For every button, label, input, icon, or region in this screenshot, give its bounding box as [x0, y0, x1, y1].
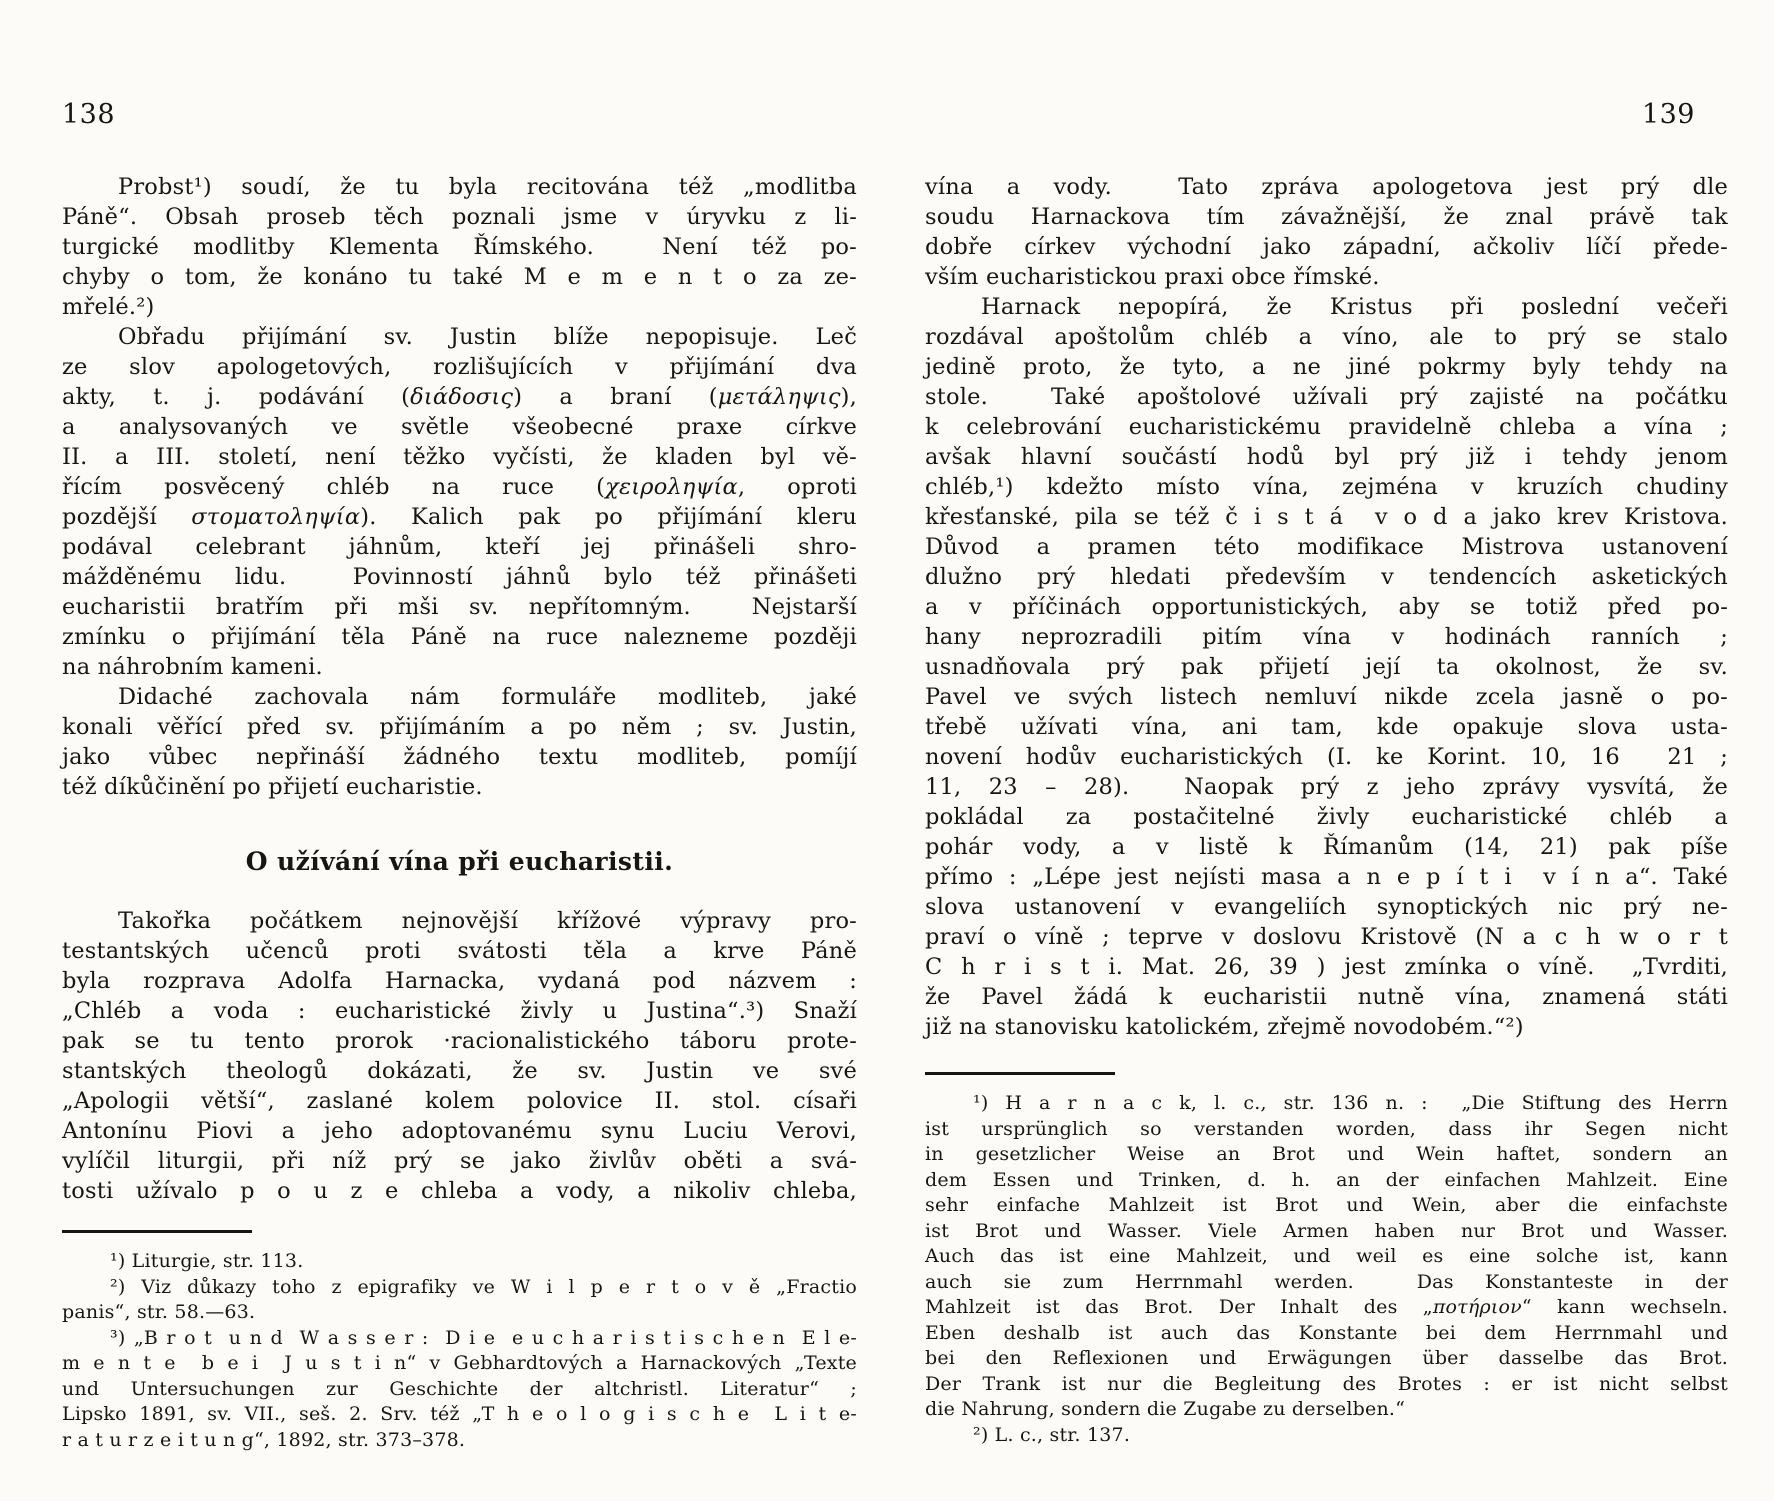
text-line: die Nahrung, sondern die Zugabe zu derse…	[925, 1397, 1728, 1423]
text-line: eucharistii bratřím při mši sv. nepřítom…	[62, 592, 857, 622]
text-line: praví o víně ; teprve v doslovu Kristově…	[925, 922, 1728, 952]
text-line: panis“, str. 58.—63.	[62, 1300, 857, 1326]
text-line: jedině proto, že tyto, a ne jiné pokrmy …	[925, 352, 1728, 382]
greek-term: μετάληψις	[718, 384, 841, 410]
text-line: turgické modlitby Klementa Římského. Nen…	[62, 232, 857, 262]
footnote-divider	[925, 1072, 1115, 1075]
page-number: 139	[925, 100, 1728, 130]
text-line: ¹) H a r n a c k, l. c., str. 136 n. : „…	[925, 1091, 1728, 1117]
page-139: 139 vína a vody. Tato zpráva apologetova…	[925, 100, 1728, 1448]
text-line: konali věřící před sv. přijímáním a po n…	[62, 712, 857, 742]
text-line: 11, 23 – 28). Naopak prý z jeho zprávy v…	[925, 772, 1728, 802]
text-line: Probst¹) soudí, že tu byla recitována té…	[62, 172, 857, 202]
text-line: Antonínu Piovi a jeho adoptovanému synu …	[62, 1116, 857, 1146]
text-line: že Pavel žádá k eucharistii nutně vína, …	[925, 982, 1728, 1012]
text-line: pak se tu tento prorok ·racionalistickéh…	[62, 1026, 857, 1056]
text-line: bei den Reflexionen und Erwägungen über …	[925, 1346, 1728, 1372]
text-line: vylíčil liturgii, při níž prý se jako ži…	[62, 1146, 857, 1176]
text-line: pokládal za postačitelné živly eucharist…	[925, 802, 1728, 832]
text-line: byla rozprava Adolfa Harnacka, vydaná po…	[62, 966, 857, 996]
text-line: testantských učenců proti svátosti těla …	[62, 936, 857, 966]
text-line: Auch das ist eine Mahlzeit, und weil es …	[925, 1244, 1728, 1270]
text-line: též díkůčinění po přijetí eucharistie.	[62, 772, 857, 802]
text-line: vína a vody. Tato zpráva apologetova jes…	[925, 172, 1728, 202]
text-line: Takořka počátkem nejnovější křížové výpr…	[62, 906, 857, 936]
text-line: na náhrobním kameni.	[62, 652, 857, 682]
greek-term: στοματοληψία	[191, 504, 360, 530]
text-line: slova ustanovení v evangeliích synoptick…	[925, 892, 1728, 922]
text-line: und Untersuchungen zur Geschichte der al…	[62, 1377, 857, 1403]
greek-term: χειροληψία	[605, 474, 738, 500]
text-line: podával celebrant jáhnům, kteří jej přin…	[62, 532, 857, 562]
paragraph: Obřadu přijímání sv. Justin blíže nepopi…	[62, 322, 857, 682]
text-line: Harnack nepopírá, že Kristus při posledn…	[925, 292, 1728, 322]
text-line: pozdější στοματοληψία). Kalich pak po př…	[62, 502, 857, 532]
text-line: dobře církev východní jako západní, ačko…	[925, 232, 1728, 262]
text-line: ist Brot und Wasser. Viele Armen haben n…	[925, 1219, 1728, 1245]
text-line: ²) L. c., str. 137.	[925, 1423, 1728, 1449]
text-line: Didaché zachovala nám formuláře modliteb…	[62, 682, 857, 712]
text-line: křesťanské, pila se též č i s t á v o d …	[925, 502, 1728, 532]
text-line: mřelé.²)	[62, 292, 857, 322]
text-line: auch sie zum Herrnmahl werden. Das Konst…	[925, 1270, 1728, 1296]
text-line: vším eucharistickou praxi obce římské.	[925, 262, 1728, 292]
text-line: Eben deshalb ist auch das Konstante bei …	[925, 1321, 1728, 1347]
text-line: ³) „B r o t u n d W a s s e r : D i e e …	[62, 1326, 857, 1352]
text-line: avšak hlavní součástí hodů byl prý již i…	[925, 442, 1728, 472]
text-line: Der Trank ist nur die Begleitung des Bro…	[925, 1372, 1728, 1398]
paragraph: Didaché zachovala nám formuláře modliteb…	[62, 682, 857, 802]
text-line: „Apologii větší“, zaslané kolem polovice…	[62, 1086, 857, 1116]
text-line: k celebrování eucharistickému pravidelně…	[925, 412, 1728, 442]
page-138-body: Probst¹) soudí, že tu byla recitována té…	[62, 172, 857, 1453]
text-line: II. a III. století, není těžko vyčísti, …	[62, 442, 857, 472]
text-line: řícím posvěcený chléb na ruce (χειροληψί…	[62, 472, 857, 502]
text-line: ¹) Liturgie, str. 113.	[62, 1249, 857, 1275]
text-line: již na stanovisku katolickém, zřejmě nov…	[925, 1012, 1728, 1042]
greek-term: διάδοσις	[410, 384, 513, 410]
text-line: akty, t. j. podávání (διάδοσις) a braní …	[62, 382, 857, 412]
footnotes-block: ¹) H a r n a c k, l. c., str. 136 n. : „…	[925, 1091, 1728, 1448]
text-line: Důvod a pramen této modifikace Mistrova …	[925, 532, 1728, 562]
text-line: stantských theologů dokázati, že sv. Jus…	[62, 1056, 857, 1086]
text-line: in gesetzlicher Weise an Brot und Wein h…	[925, 1142, 1728, 1168]
text-line: „Chléb a voda : eucharistické živly u Ju…	[62, 996, 857, 1026]
text-line: přímo : „Lépe jest nejísti masa a n e p …	[925, 862, 1728, 892]
greek-term: ποτήριον	[1433, 1296, 1522, 1318]
text-line: Mahlzeit ist das Brot. Der Inhalt des „π…	[925, 1295, 1728, 1321]
text-line: hany neprozradili pitím vína v hodinách …	[925, 622, 1728, 652]
text-line: třebě užívati vína, ani tam, kde opakuje…	[925, 712, 1728, 742]
text-line: chléb,¹) kdežto místo vína, zejména v kr…	[925, 472, 1728, 502]
paragraph: Takořka počátkem nejnovější křížové výpr…	[62, 906, 857, 1206]
paragraph: Harnack nepopírá, že Kristus při posledn…	[925, 292, 1728, 1042]
text-line: soudu Harnackova tím závažnější, že znal…	[925, 202, 1728, 232]
text-line: mážděnému lidu. Povinností jáhnů bylo té…	[62, 562, 857, 592]
text-line: chyby o tom, že konáno tu také M e m e n…	[62, 262, 857, 292]
text-line: tosti užívalo p o u z e chleba a vody, a…	[62, 1176, 857, 1206]
text-line: dem Essen und Trinken, d. h. an der einf…	[925, 1168, 1728, 1194]
text-line: Pavel ve svých listech nemluví nikde zce…	[925, 682, 1728, 712]
text-line: ist ursprünglich so verstanden worden, d…	[925, 1117, 1728, 1143]
text-line: a analysovaných ve světle všeobecné prax…	[62, 412, 857, 442]
section-heading: O užívání vína při eucharistii.	[62, 846, 857, 878]
text-line: rozdával apoštolům chléb a víno, ale to …	[925, 322, 1728, 352]
paragraph: Probst¹) soudí, že tu byla recitována té…	[62, 172, 857, 322]
footnote-divider	[62, 1230, 252, 1233]
page-139-body: vína a vody. Tato zpráva apologetova jes…	[925, 172, 1728, 1448]
text-line: usnadňovala prý pak přijetí její ta okol…	[925, 652, 1728, 682]
text-line: Lipsko 1891, sv. VII., seš. 2. Srv. též …	[62, 1402, 857, 1428]
text-line: r a t u r z e i t u n g“, 1892, str. 373…	[62, 1428, 857, 1454]
text-line: dlužno prý hledati především v tendencíc…	[925, 562, 1728, 592]
text-line: jako vůbec nepřináší žádného textu modli…	[62, 742, 857, 772]
book-spread: 138 Probst¹) soudí, že tu byla recitován…	[0, 0, 1774, 1501]
page-138: 138 Probst¹) soudí, že tu byla recitován…	[62, 100, 857, 1453]
text-line: pohár vody, a v listě k Římanům (14, 21)…	[925, 832, 1728, 862]
text-line: stole. Také apoštolové užívali prý zajis…	[925, 382, 1728, 412]
text-line: ²) Viz důkazy toho z epigrafiky ve W i l…	[62, 1275, 857, 1301]
paragraph: vína a vody. Tato zpráva apologetova jes…	[925, 172, 1728, 292]
text-line: m e n t e b e i J u s t i n“ v Gebhardto…	[62, 1351, 857, 1377]
text-line: novení hodův eucharistických (I. ke Kori…	[925, 742, 1728, 772]
text-line: zmínku o přijímání těla Páně na ruce nal…	[62, 622, 857, 652]
page-number: 138	[62, 100, 857, 130]
footnotes-block: ¹) Liturgie, str. 113.²) Viz důkazy toho…	[62, 1249, 857, 1453]
text-line: Obřadu přijímání sv. Justin blíže nepopi…	[62, 322, 857, 352]
text-line: Páně“. Obsah proseb těch poznali jsme v …	[62, 202, 857, 232]
text-line: ze slov apologetových, rozlišujících v p…	[62, 352, 857, 382]
text-line: a v příčinách opportunistických, aby se …	[925, 592, 1728, 622]
text-line: sehr einfache Mahlzeit ist Brot und Wein…	[925, 1193, 1728, 1219]
text-line: C h r i s t i. Mat. 26, 39 ) jest zmínka…	[925, 952, 1728, 982]
